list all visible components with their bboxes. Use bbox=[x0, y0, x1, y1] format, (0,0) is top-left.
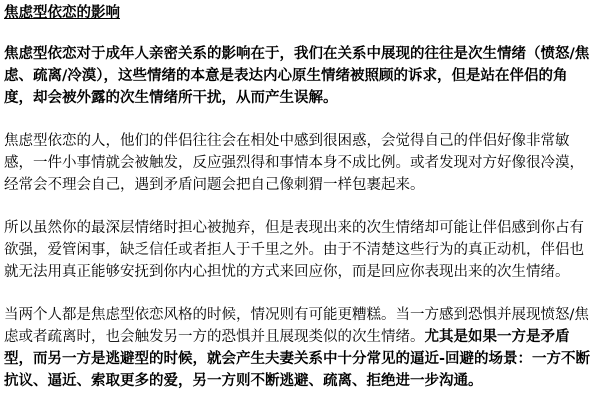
paragraph-both-anxious: 当两个人都是焦虑型依恋风格的时候，情况则有可能更糟糕。当一方感到恐惧并展现愤怒/… bbox=[4, 304, 590, 392]
paragraph-partner-confusion: 焦虑型依恋的人，他们的伴侣往往会在相处中感到很困惑，会觉得自己的伴侣好像非常敏感… bbox=[4, 130, 590, 196]
article-page: { "colors": { "text": "#000000", "backgr… bbox=[0, 0, 594, 396]
paragraph-secondary-emotion: 所以虽然你的最深层情绪时担心被抛弃，但是表现出来的次生情绪却可能让伴侣感到你占有… bbox=[4, 217, 590, 283]
page-title: 焦虑型依恋的影响 bbox=[4, 5, 590, 22]
paragraph-lead: 焦虑型依恋对于成年人亲密关系的影响在于，我们在关系中展现的往往是次生情绪（愤怒/… bbox=[4, 43, 590, 109]
